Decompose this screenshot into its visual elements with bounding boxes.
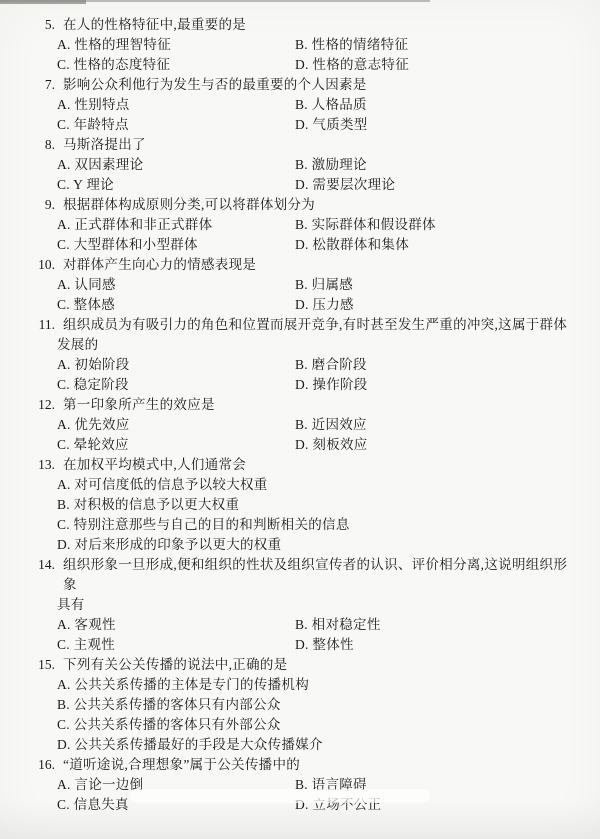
option-d: D. 压力感 bbox=[295, 295, 574, 315]
option-c: C. 公共关系传播的客体只有外部公众 bbox=[57, 715, 574, 735]
question-12: 12.第一印象所产生的效应是A. 优先效应B. 近因效应C. 晕轮效应D. 刻板… bbox=[0, 395, 574, 455]
question-stem: 马斯洛提出了 bbox=[63, 135, 574, 155]
option-a: A. 性别特点 bbox=[57, 95, 295, 115]
question-13: 13.在加权平均模式中,人们通常会A. 对可信度低的信息予以较大权重B. 对积极… bbox=[0, 455, 574, 555]
option-d: D. 性格的意志特征 bbox=[295, 55, 574, 75]
option-a: A. 正式群体和非正式群体 bbox=[57, 215, 295, 235]
option-b: B. 对积极的信息予以更大权重 bbox=[57, 495, 574, 515]
option-b: B. 激励理论 bbox=[295, 155, 574, 175]
option-b: B. 实际群体和假设群体 bbox=[295, 215, 574, 235]
option-c: C. 晕轮效应 bbox=[57, 435, 295, 455]
options-group: A. 初始阶段B. 磨合阶段C. 稳定阶段D. 操作阶段 bbox=[0, 355, 574, 395]
scan-artifact-bottom-band bbox=[130, 789, 430, 803]
question-8: 8.马斯洛提出了A. 双因素理论B. 激励理论C. Y 理论D. 需要层次理论 bbox=[0, 135, 574, 195]
question-stem-continued: 发展的 bbox=[0, 335, 574, 355]
question-number: 14. bbox=[0, 555, 55, 595]
option-d: D. 需要层次理论 bbox=[295, 175, 574, 195]
exam-page: 5.在人的性格特征中,最重要的是A. 性格的理智特征B. 性格的情绪特征C. 性… bbox=[0, 0, 600, 839]
question-stem-line: 9.根据群体构成原则分类,可以将群体划分为 bbox=[0, 195, 574, 215]
question-stem: 在人的性格特征中,最重要的是 bbox=[63, 15, 574, 35]
question-number: 15. bbox=[0, 655, 55, 675]
questions-container: 5.在人的性格特征中,最重要的是A. 性格的理智特征B. 性格的情绪特征C. 性… bbox=[0, 15, 574, 815]
question-stem-line: 15.下列有关公关传播的说法中,正确的是 bbox=[0, 655, 574, 675]
options-group: A. 公共关系传播的主体是专门的传播机构B. 公共关系传播的客体只有内部公众C.… bbox=[0, 675, 574, 755]
option-b: B. 性格的情绪特征 bbox=[295, 35, 574, 55]
options-group: A. 优先效应B. 近因效应C. 晕轮效应D. 刻板效应 bbox=[0, 415, 574, 455]
options-group: A. 对可信度低的信息予以较大权重B. 对积极的信息予以更大权重C. 特别注意那… bbox=[0, 475, 574, 555]
option-d: D. 整体性 bbox=[295, 635, 574, 655]
question-stem: 组织形象一旦形成,便和组织的性状及组织宣传者的认识、评价相分离,这说明组织形象 bbox=[63, 555, 574, 595]
question-number: 11. bbox=[0, 315, 55, 335]
option-a: A. 双因素理论 bbox=[57, 155, 295, 175]
option-d: D. 操作阶段 bbox=[295, 375, 574, 395]
option-b: B. 近因效应 bbox=[295, 415, 574, 435]
option-a: A. 公共关系传播的主体是专门的传播机构 bbox=[57, 675, 574, 695]
question-number: 16. bbox=[0, 755, 55, 775]
question-number: 13. bbox=[0, 455, 55, 475]
option-d: D. 刻板效应 bbox=[295, 435, 574, 455]
option-d: D. 气质类型 bbox=[295, 115, 574, 135]
question-number: 8. bbox=[0, 135, 55, 155]
question-stem-line: 16.“道听途说,合理想象”属于公关传播中的 bbox=[0, 755, 574, 775]
question-number: 9. bbox=[0, 195, 55, 215]
question-stem: 下列有关公关传播的说法中,正确的是 bbox=[63, 655, 574, 675]
option-c: C. 主观性 bbox=[57, 635, 295, 655]
question-stem: 根据群体构成原则分类,可以将群体划分为 bbox=[63, 195, 574, 215]
option-a: A. 客观性 bbox=[57, 615, 295, 635]
option-c: C. 大型群体和小型群体 bbox=[57, 235, 295, 255]
option-a: A. 优先效应 bbox=[57, 415, 295, 435]
option-a: A. 认同感 bbox=[57, 275, 295, 295]
question-14: 14.组织形象一旦形成,便和组织的性状及组织宣传者的认识、评价相分离,这说明组织… bbox=[0, 555, 574, 655]
question-stem-line: 7.影响公众利他行为发生与否的最重要的个人因素是 bbox=[0, 75, 574, 95]
question-9: 9.根据群体构成原则分类,可以将群体划分为A. 正式群体和非正式群体B. 实际群… bbox=[0, 195, 574, 255]
option-b: B. 人格品质 bbox=[295, 95, 574, 115]
question-stem-line: 12.第一印象所产生的效应是 bbox=[0, 395, 574, 415]
question-stem-line: 5.在人的性格特征中,最重要的是 bbox=[0, 15, 574, 35]
question-5: 5.在人的性格特征中,最重要的是A. 性格的理智特征B. 性格的情绪特征C. 性… bbox=[0, 15, 574, 75]
option-b: B. 磨合阶段 bbox=[295, 355, 574, 375]
option-b: B. 公共关系传播的客体只有内部公众 bbox=[57, 695, 574, 715]
option-c: C. 年龄特点 bbox=[57, 115, 295, 135]
question-15: 15.下列有关公关传播的说法中,正确的是A. 公共关系传播的主体是专门的传播机构… bbox=[0, 655, 574, 755]
question-number: 10. bbox=[0, 255, 55, 275]
option-c: C. 特别注意那些与自己的目的和判断相关的信息 bbox=[57, 515, 574, 535]
question-stem-line: 13.在加权平均模式中,人们通常会 bbox=[0, 455, 574, 475]
question-stem-line: 10.对群体产生向心力的情感表现是 bbox=[0, 255, 574, 275]
option-c: C. 整体感 bbox=[57, 295, 295, 315]
option-d: D. 松散群体和集体 bbox=[295, 235, 574, 255]
option-c: C. 稳定阶段 bbox=[57, 375, 295, 395]
option-a: A. 对可信度低的信息予以较大权重 bbox=[57, 475, 574, 495]
question-stem: 在加权平均模式中,人们通常会 bbox=[63, 455, 574, 475]
question-7: 7.影响公众利他行为发生与否的最重要的个人因素是A. 性别特点B. 人格品质C.… bbox=[0, 75, 574, 135]
question-number: 7. bbox=[0, 75, 55, 95]
options-group: A. 性别特点B. 人格品质C. 年龄特点D. 气质类型 bbox=[0, 95, 574, 135]
options-group: A. 认同感B. 归属感C. 整体感D. 压力感 bbox=[0, 275, 574, 315]
question-16: 16.“道听途说,合理想象”属于公关传播中的A. 言论一边倒B. 语言障碍C. … bbox=[0, 755, 574, 815]
option-a: A. 初始阶段 bbox=[57, 355, 295, 375]
question-stem-line: 14.组织形象一旦形成,便和组织的性状及组织宣传者的认识、评价相分离,这说明组织… bbox=[0, 555, 574, 595]
question-stem-line: 8.马斯洛提出了 bbox=[0, 135, 574, 155]
question-stem: 第一印象所产生的效应是 bbox=[63, 395, 574, 415]
options-group: A. 正式群体和非正式群体B. 实际群体和假设群体C. 大型群体和小型群体D. … bbox=[0, 215, 574, 255]
option-b: B. 归属感 bbox=[295, 275, 574, 295]
question-stem: “道听途说,合理想象”属于公关传播中的 bbox=[63, 755, 574, 775]
question-stem: 组织成员为有吸引力的角色和位置而展开竞争,有时甚至发生严重的冲突,这属于群体 bbox=[63, 315, 574, 335]
question-10: 10.对群体产生向心力的情感表现是A. 认同感B. 归属感C. 整体感D. 压力… bbox=[0, 255, 574, 315]
question-stem-line: 11.组织成员为有吸引力的角色和位置而展开竞争,有时甚至发生严重的冲突,这属于群… bbox=[0, 315, 574, 335]
options-group: A. 性格的理智特征B. 性格的情绪特征C. 性格的态度特征D. 性格的意志特征 bbox=[0, 35, 574, 75]
options-group: A. 客观性B. 相对稳定性C. 主观性D. 整体性 bbox=[0, 615, 574, 655]
question-number: 12. bbox=[0, 395, 55, 415]
question-stem: 对群体产生向心力的情感表现是 bbox=[63, 255, 574, 275]
question-11: 11.组织成员为有吸引力的角色和位置而展开竞争,有时甚至发生严重的冲突,这属于群… bbox=[0, 315, 574, 395]
option-d: D. 公共关系传播最好的手段是大众传播媒介 bbox=[57, 735, 574, 755]
option-a: A. 性格的理智特征 bbox=[57, 35, 295, 55]
options-group: A. 双因素理论B. 激励理论C. Y 理论D. 需要层次理论 bbox=[0, 155, 574, 195]
option-d: D. 对后来形成的印象予以更大的权重 bbox=[57, 535, 574, 555]
question-number: 5. bbox=[0, 15, 55, 35]
question-stem: 影响公众利他行为发生与否的最重要的个人因素是 bbox=[63, 75, 574, 95]
question-stem-continued: 具有 bbox=[0, 595, 574, 615]
option-c: C. Y 理论 bbox=[57, 175, 295, 195]
option-c: C. 性格的态度特征 bbox=[57, 55, 295, 75]
option-b: B. 相对稳定性 bbox=[295, 615, 574, 635]
